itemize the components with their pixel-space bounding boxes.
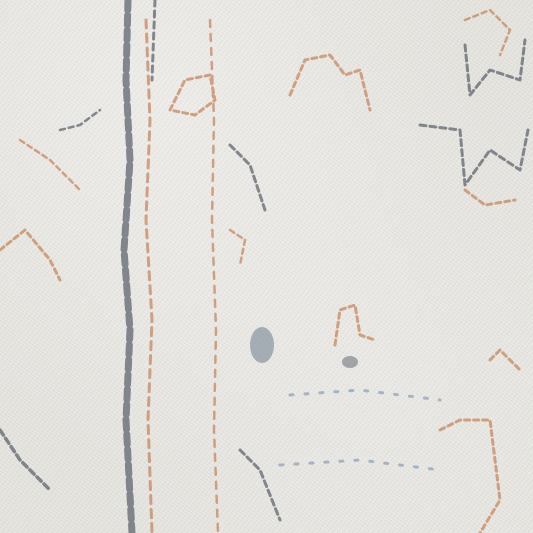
- rug-pattern: [0, 0, 533, 533]
- rug-texture-photo: [0, 0, 533, 533]
